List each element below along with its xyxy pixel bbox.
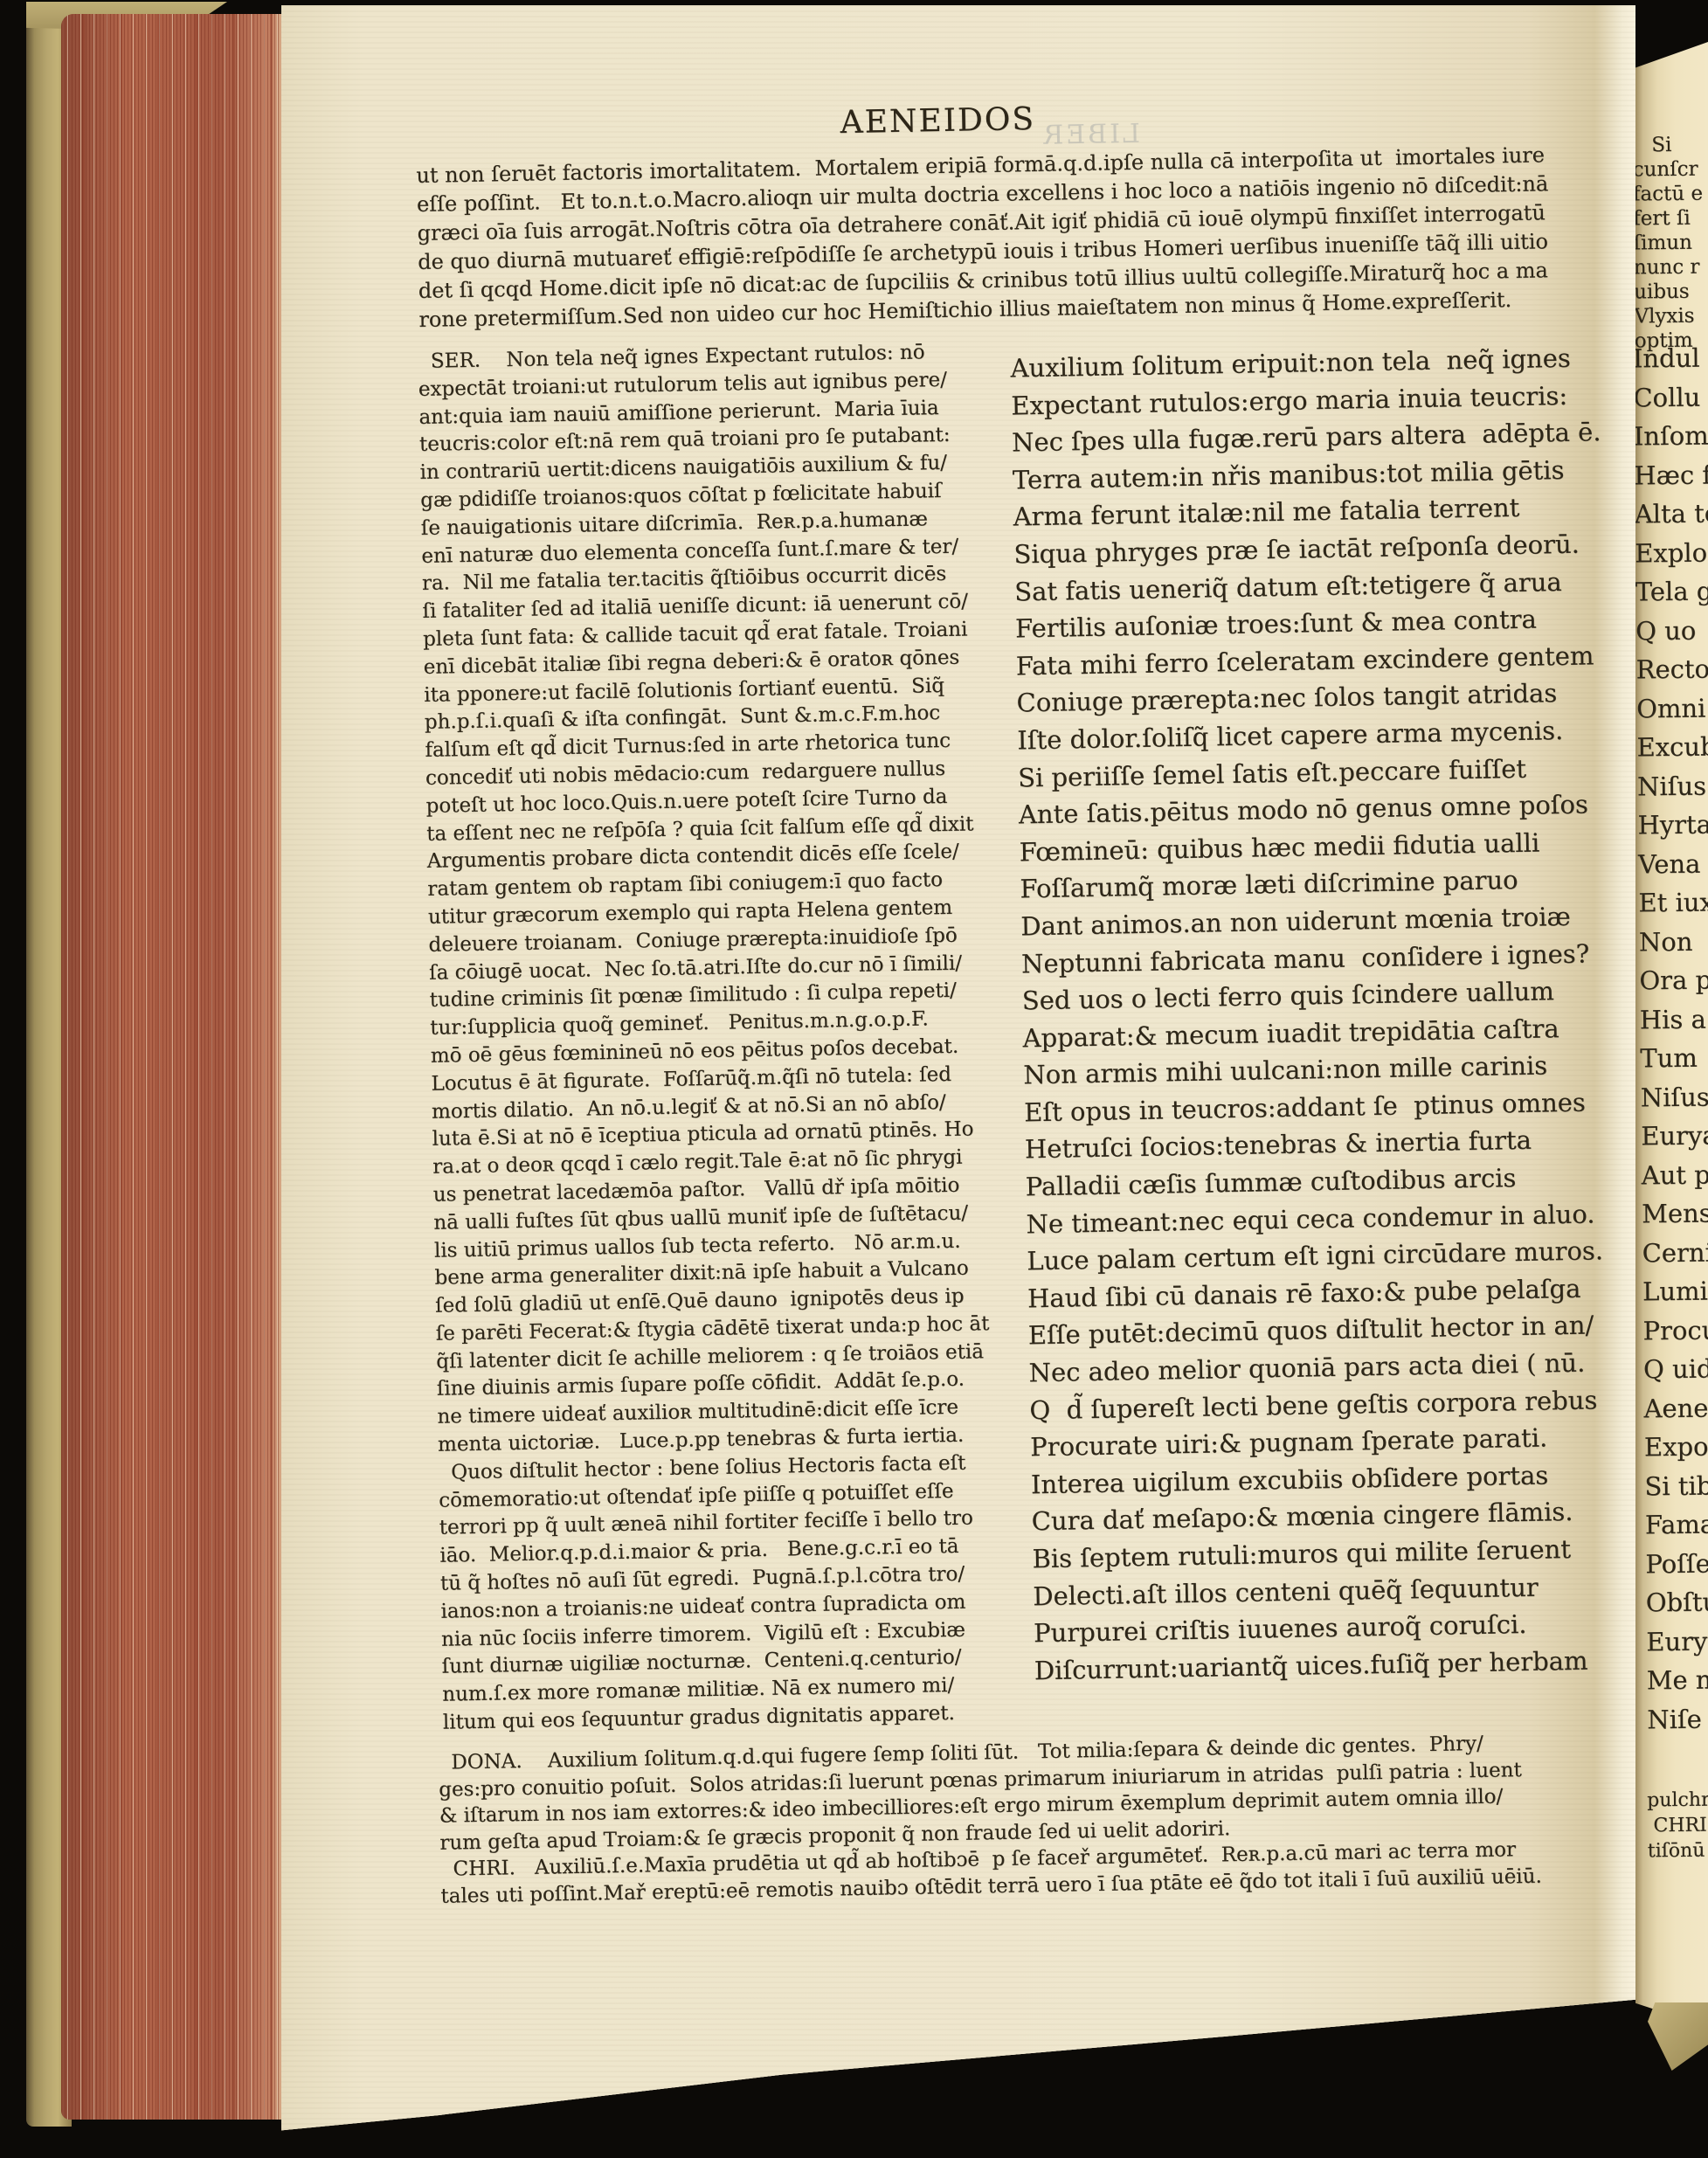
text-line: Et iux [1638,882,1708,923]
main-page: AENEIDOS LIBER ut non ſeruēt factoris im… [281,5,1635,2148]
text-line: Hyrta [1637,805,1708,845]
text-line: Niſe fu [1647,1699,1708,1740]
poem-column: Auxilium ſolitum eripuit:non tela neq̃ i… [1010,340,1607,1690]
text-line: His a [1640,999,1708,1040]
text-line: Lumin [1642,1271,1708,1311]
text-line: Tum [1640,1038,1708,1078]
text-line: CHRI [1647,1812,1708,1838]
text-line: Si tibi [1644,1466,1708,1506]
text-line: Obſtu [1646,1582,1708,1622]
text-line: Me ne [1647,1660,1708,1700]
text-line: uibus [1635,280,1704,305]
text-line: Fama f [1645,1504,1708,1545]
text-line: Recto [1635,649,1708,689]
text-line: Q uo [1635,611,1708,651]
text-line: Expoſ [1644,1427,1708,1467]
text-line: fert ſi [1635,206,1703,232]
text-line: Si [1635,133,1703,158]
bottom-commentary-section: DONA. Auxilium ſolitum.q.d.qui fugere ſe… [438,1728,1606,1910]
text-line: Niſus [1637,766,1708,806]
sliver-bottom-fragment: pulchric CHRItiſōnū a [1647,1787,1708,1864]
text-line: Vena [1638,844,1708,884]
text-line: Explo [1635,533,1708,573]
text-line: Excub [1636,727,1708,767]
text-line: Vlyxis [1635,304,1705,329]
text-line: ſimun [1635,231,1704,256]
page-fore-edge-stack [61,14,283,2120]
sliver-commentary-fragment: Sicunſcrfactū efert ſiſimunnunc ruibusVl… [1635,133,1705,354]
text-line: Cernis [1642,1233,1708,1273]
next-page-content: Sicunſcrfactū efert ſiſimunnunc ruibusVl… [1635,42,1708,2027]
text-line: cunſcr [1635,157,1703,183]
text-line: Alta te [1635,494,1708,534]
showthrough-text: LIBER [1041,119,1140,151]
text-line: Niſus [1641,1077,1708,1117]
page-content: AENEIDOS LIBER ut non ſeruēt factoris im… [263,0,1656,2158]
text-line: Aut pu [1641,1155,1708,1195]
next-page-sliver: Sicunſcrfactū efert ſiſimunnunc ruibusVl… [1635,42,1708,2027]
text-line: Non [1639,922,1708,962]
text-line: Procul [1642,1311,1708,1351]
text-line: Mens a [1642,1193,1708,1234]
cover-corner-bottom [1648,2002,1708,2071]
text-line: Eurya [1641,1116,1708,1156]
text-line: Q uid [1643,1349,1708,1389]
commentary-column: SER. Non tela neq̃ ignes Expectant rutul… [418,338,1018,1738]
top-commentary-paragraph: ut non ſeruēt factoris imortalitatem. Mo… [416,141,1577,335]
text-line: Ora p [1639,960,1708,1000]
text-line: Omni [1636,688,1708,729]
text-line: Poſſe u [1645,1544,1708,1584]
text-line: tiſōnū a [1648,1837,1708,1864]
text-line: Euryal [1646,1622,1708,1662]
text-line: Indul [1635,338,1708,378]
text-line: Inſom [1635,416,1708,456]
text-line: Hæc f [1635,455,1708,495]
text-line: Tela g [1635,571,1708,612]
text-line: factū e [1635,182,1703,207]
photo-background: { "colors": { "background": "#0c0a07", "… [0,0,1708,2158]
text-line: Aenea [1643,1388,1708,1428]
text-line: Collu [1635,377,1708,418]
sliver-poem-fragment: IndulColluInſomHæc fAlta teExploTela gQ … [1635,338,1708,1739]
text-line: pulchric [1647,1787,1708,1813]
text-line: nunc r [1635,255,1704,280]
